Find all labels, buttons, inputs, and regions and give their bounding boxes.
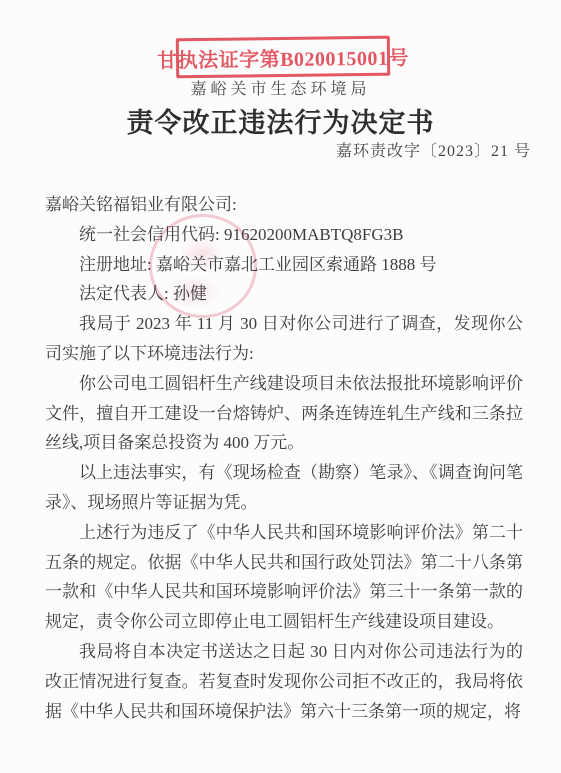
scanned-document-page: 甘执法证字第B020015001号 嘉峪关市生态环境局 责令改正违法行为决定书 … xyxy=(0,0,561,773)
body-paragraph: 上述行为违反了《中华人民共和国环境影响评价法》第二十五条的规定。依据《中华人民共… xyxy=(45,518,523,637)
issuing-agency: 嘉峪关市生态环境局 xyxy=(0,76,561,99)
document-title: 责令改正违法行为决定书 xyxy=(0,101,561,140)
law-enforcement-certificate-stamp: 甘执法证字第B020015001号 xyxy=(176,36,390,79)
document-body: 嘉峪关铭福铝业有限公司: 统一社会信用代码: 91620200MABTQ8FG3… xyxy=(45,190,523,726)
legal-representative-line: 法定代表人: 孙健 xyxy=(45,279,523,309)
body-paragraph: 以上违法事实，有《现场检查（勘察）笔录》、《调查询问笔录》、现场照片等证据为凭。 xyxy=(45,458,523,518)
registered-address-line: 注册地址: 嘉峪关市嘉北工业园区索通路 1888 号 xyxy=(45,250,523,280)
credit-code-line: 统一社会信用代码: 91620200MABTQ8FG3B xyxy=(45,220,523,250)
recipient-line: 嘉峪关铭福铝业有限公司: xyxy=(45,190,523,220)
body-paragraph: 我局将自本决定书送达之日起 30 日内对你公司违法行为的改正情况进行复查。若复查… xyxy=(45,637,523,726)
body-paragraph: 你公司电工圆铝杆生产线建设项目未依法报批环境影响评价文件，擅自开工建设一台熔铸炉… xyxy=(45,369,523,458)
body-paragraph: 我局于 2023 年 11 月 30 日对你公司进行了调查，发现你公司实施了以下… xyxy=(45,309,523,369)
document-number: 嘉环责改字〔2023〕21 号 xyxy=(336,138,531,161)
